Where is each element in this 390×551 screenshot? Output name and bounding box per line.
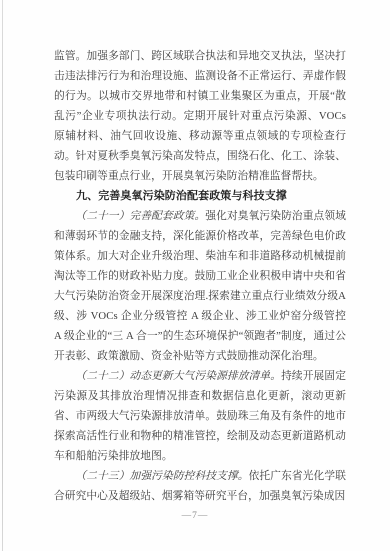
paragraph-continuation: 监管。加强多部门、跨区域联合执法和异地交叉执法，坚决打击违法排污行为和治理设施、… bbox=[54, 46, 346, 186]
paragraph-item-23: （二十三）加强污染防控科技支撑。依托广东省光化学联合研究中心及超级站、烟雾箱等研… bbox=[54, 466, 346, 506]
section-heading: 九、完善臭氧污染防治配套政策与科技支撑 bbox=[54, 186, 346, 206]
paragraph-item-23-lead: （二十三）加强污染防控科技支撑。 bbox=[75, 470, 248, 482]
paragraph-item-21-text: 强化对臭氧污染防治重点领域和薄弱环节的金融支持，深化能源价格改革，完善绿色电价政… bbox=[54, 210, 346, 362]
paragraph-item-21: （二十一）完善配套政策。强化对臭氧污染防治重点领域和薄弱环节的金融支持，深化能源… bbox=[54, 206, 346, 366]
paragraph-item-22-lead: （二十二）动态更新大气污染源排放清单。 bbox=[75, 370, 281, 382]
paragraph-continuation-text: 监管。加强多部门、跨区域联合执法和异地交叉执法，坚决打击违法排污行为和治理设施、… bbox=[54, 50, 346, 182]
paragraph-item-22-text: 持续开展固定污染源及其排放治理情况排查和数据信息化更新，滚动更新省、市两级大气污… bbox=[54, 370, 346, 462]
paragraph-item-21-lead: （二十一）完善配套政策。 bbox=[75, 210, 205, 222]
document-body: 监管。加强多部门、跨区域联合执法和异地交叉执法，坚决打击违法排污行为和治理设施、… bbox=[54, 46, 346, 506]
scan-edge-line bbox=[2, 0, 3, 551]
document-page: 监管。加强多部门、跨区域联合执法和异地交叉执法，坚决打击违法排污行为和治理设施、… bbox=[0, 0, 390, 551]
page-number: —7— bbox=[0, 511, 390, 521]
paragraph-item-22: （二十二）动态更新大气污染源排放清单。持续开展固定污染源及其排放治理情况排查和数… bbox=[54, 366, 346, 466]
